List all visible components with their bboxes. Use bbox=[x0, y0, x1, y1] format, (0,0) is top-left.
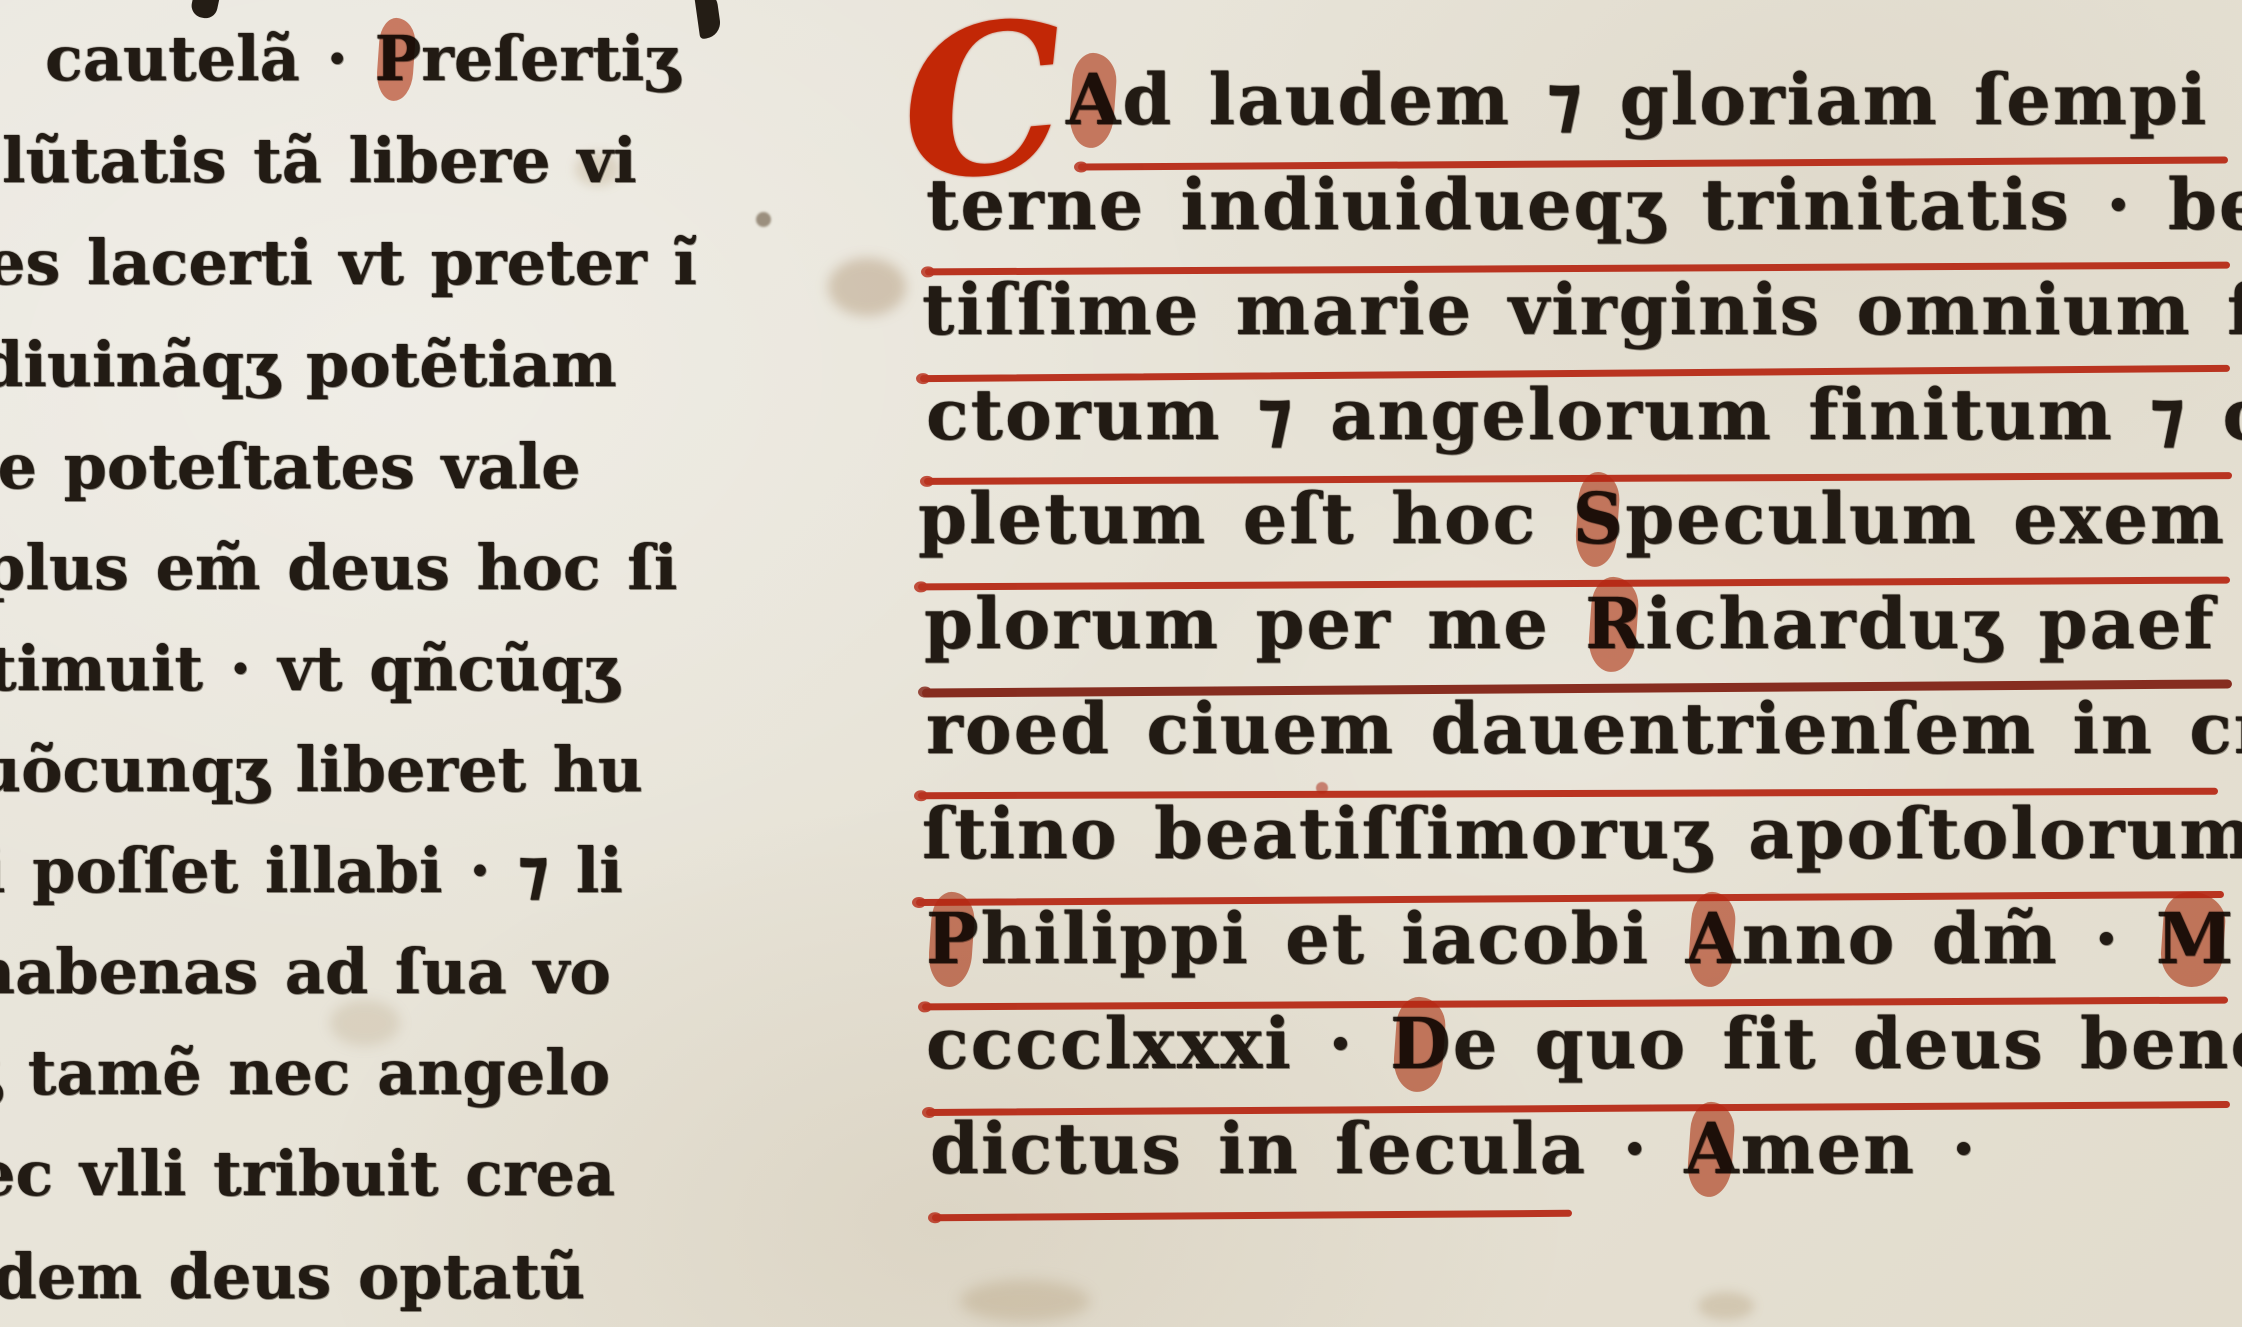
cut-letter-fragment bbox=[694, 0, 722, 39]
text-run: e quo fit deus bene bbox=[1453, 1002, 2242, 1085]
text-run: plorum per me bbox=[924, 582, 1585, 665]
cut-letter-fragment bbox=[189, 0, 220, 20]
rubricated-letter: A bbox=[1066, 58, 1122, 141]
text-run: ctorum ⁊ angelorum finitum ⁊ cõ bbox=[926, 373, 2242, 456]
rubricated-letter: A bbox=[1686, 897, 1742, 980]
right-col-line: tiſſime marie virginis omnium ſã bbox=[922, 268, 2242, 351]
text-run: ec vlli tribuit crea bbox=[0, 1137, 615, 1210]
paper-stain bbox=[1698, 1292, 1754, 1320]
left-col-line: ie poteſtates vale bbox=[0, 430, 581, 503]
right-col-line: ctorum ⁊ angelorum finitum ⁊ cõ bbox=[926, 373, 2242, 456]
text-run: timuit · vt qñcũqʒ bbox=[0, 632, 619, 705]
text-run: terne indiuidueqʒ trinitatis · bea bbox=[926, 163, 2242, 246]
text-run: habenas ad ſua vo bbox=[0, 935, 611, 1008]
incunable-page-photo: cautelã · Preſertiʒ lũtatis tã libere vi… bbox=[0, 0, 2242, 1327]
right-col-line: Philippi et iacobi Anno dm̃ · M bbox=[926, 897, 2235, 980]
text-run: d laudem ⁊ gloriam ſempi bbox=[1122, 58, 2208, 141]
left-col-line: timuit · vt qñcũqʒ bbox=[0, 632, 619, 705]
red-underline bbox=[932, 1210, 1572, 1221]
rubricated-letter: M bbox=[2156, 897, 2236, 980]
left-col-line: idem deus optatũ bbox=[0, 1240, 585, 1313]
text-run: dictus in ſecula · bbox=[930, 1107, 1684, 1190]
paper-stain bbox=[756, 212, 771, 227]
left-col-line: plus em̃ deus hoc ſi bbox=[0, 531, 677, 604]
text-run: ʒ tamẽ nec angelo bbox=[0, 1036, 610, 1109]
text-run: roed ciuem dauentrienſem in cra bbox=[926, 687, 2242, 770]
rubricated-letter: P bbox=[926, 897, 981, 980]
text-run: idem deus optatũ bbox=[0, 1240, 585, 1313]
text-run: hilippi et iacobi bbox=[981, 897, 1686, 980]
right-col-line: dictus in ſecula · Amen · bbox=[930, 1107, 1978, 1190]
rubricated-letter: P bbox=[375, 22, 422, 95]
right-col-line: pletum eſt hoc Speculum exem bbox=[918, 477, 2226, 560]
text-run: nno dm̃ · bbox=[1742, 897, 2156, 980]
left-col-line: ʒ tamẽ nec angelo bbox=[0, 1036, 610, 1109]
left-col-line: cautelã · Preſertiʒ bbox=[45, 22, 680, 95]
right-col-line: Ad laudem ⁊ gloriam ſempi bbox=[1066, 58, 2208, 141]
left-col-line: ec vlli tribuit crea bbox=[0, 1137, 615, 1210]
text-run: ſtino beatiſſimoruʒ apoſtolorum bbox=[922, 792, 2242, 875]
right-col-line: cccclxxxi · De quo fit deus bene bbox=[926, 1002, 2242, 1085]
text-run: i poſſet illabi · ⁊ li bbox=[0, 834, 623, 907]
left-col-line: lũtatis tã libere vi bbox=[2, 124, 637, 197]
paper-stain bbox=[960, 1280, 1090, 1322]
text-run: pletum eſt hoc bbox=[918, 477, 1573, 560]
right-col-line: ſtino beatiſſimoruʒ apoſtolorum bbox=[922, 792, 2242, 875]
text-run: men · bbox=[1741, 1107, 1978, 1190]
text-run: lũtatis tã libere vi bbox=[2, 124, 637, 197]
text-run: uõcunqʒ liberet hu bbox=[0, 733, 643, 806]
text-run: tiſſime marie virginis omnium ſã bbox=[922, 268, 2242, 351]
text-run: cautelã · bbox=[45, 22, 375, 95]
rubricated-letter: D bbox=[1390, 1002, 1453, 1085]
left-col-line: i poſſet illabi · ⁊ li bbox=[0, 834, 623, 907]
paper-stain bbox=[828, 258, 906, 316]
rubricated-letter: S bbox=[1573, 477, 1626, 560]
left-col-line: uõcunqʒ liberet hu bbox=[0, 733, 643, 806]
text-run: ie poteſtates vale bbox=[0, 430, 581, 503]
text-run: plus em̃ deus hoc ſi bbox=[0, 531, 677, 604]
text-run: cccclxxxi · bbox=[926, 1002, 1390, 1085]
text-run: icharduʒ paef bbox=[1645, 582, 2215, 665]
rubricated-letter: R bbox=[1585, 582, 1645, 665]
text-run: es lacerti vt preter ĩ bbox=[0, 226, 697, 299]
right-col-line: roed ciuem dauentrienſem in cra bbox=[926, 687, 2242, 770]
left-col-line: diuinãqʒ potẽtiam bbox=[0, 328, 617, 401]
text-run: diuinãqʒ potẽtiam bbox=[0, 328, 617, 401]
right-col-line: terne indiuidueqʒ trinitatis · bea bbox=[926, 163, 2242, 246]
rubricated-letter: A bbox=[1684, 1107, 1740, 1190]
left-col-line: es lacerti vt preter ĩ bbox=[0, 226, 697, 299]
left-col-line: habenas ad ſua vo bbox=[0, 935, 611, 1008]
text-run: reſertiʒ bbox=[421, 22, 679, 95]
text-run: peculum exem bbox=[1625, 477, 2226, 560]
right-col-line: plorum per me Richarduʒ paef bbox=[924, 582, 2216, 665]
